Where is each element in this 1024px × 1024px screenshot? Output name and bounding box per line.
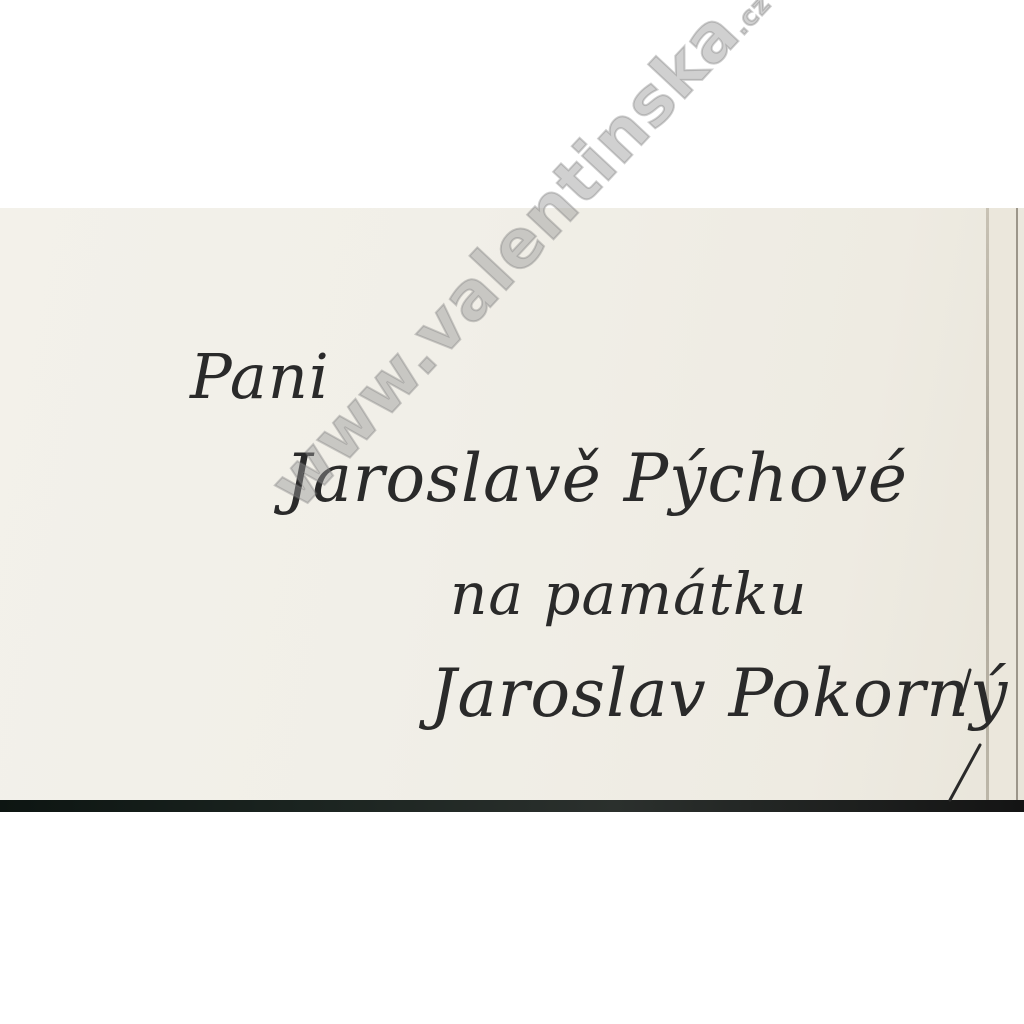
dedication-line: na památku xyxy=(450,560,807,628)
signature-line: Jaroslav Pokorný xyxy=(430,655,1008,732)
salutation-line: Pani xyxy=(190,340,330,413)
card-edge-line-outer xyxy=(1016,208,1018,800)
signature-flourish xyxy=(930,660,990,810)
recipient-name-line: Jaroslavě Pýchové xyxy=(285,440,908,517)
